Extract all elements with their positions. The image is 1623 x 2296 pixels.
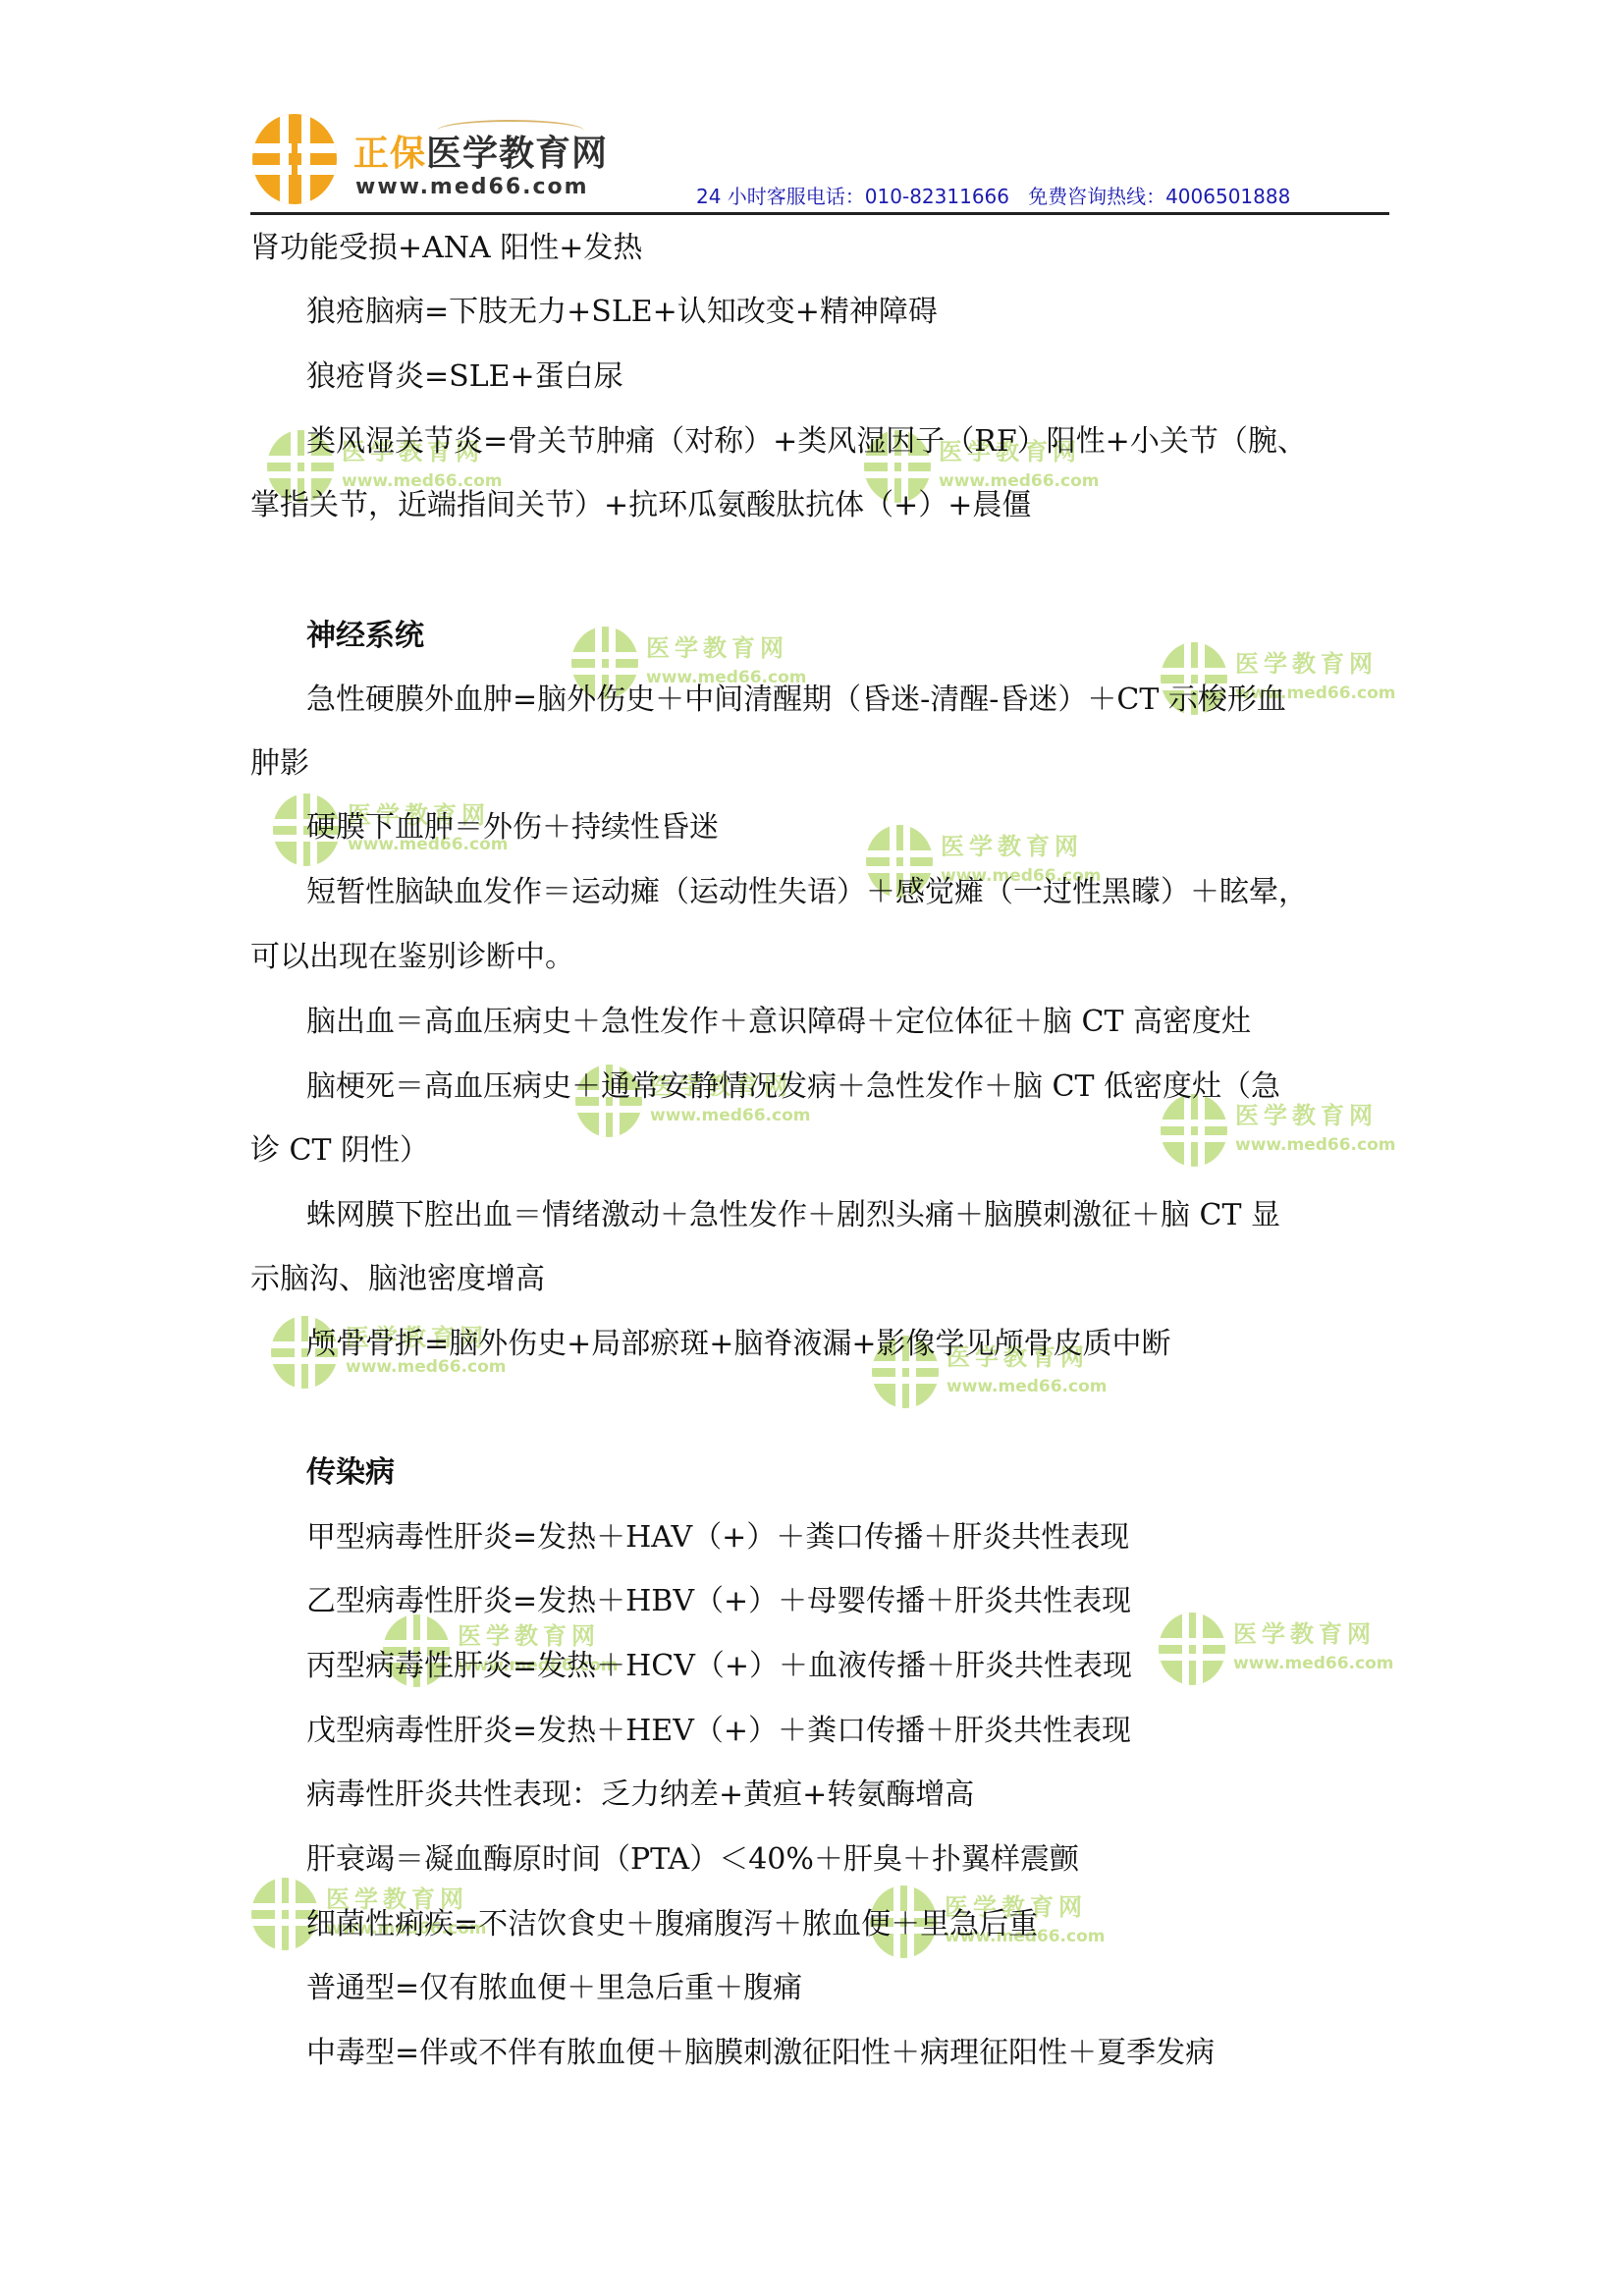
section-heading-infectious-diseases: 传染病: [306, 1454, 395, 1492]
watermark-name: 医学教育网: [646, 629, 788, 663]
document-page: 正保医学教育网 www.med66.com 24 小时客服电话：010-8231…: [0, 0, 1623, 2296]
header-divider: [250, 212, 1389, 215]
text-line: 脑出血＝高血压病史＋急性发作＋意识障碍＋定位体征＋脑 CT 高密度灶: [306, 1004, 1251, 1041]
text-line: 脑梗死＝高血压病史＋通常安静情况发病＋急性发作＋脑 CT 低密度灶（急: [306, 1068, 1280, 1106]
text-line: 病毒性肝炎共性表现：乏力纳差+黄疸+转氨酶增高: [306, 1777, 974, 1814]
watermark-name: 医学教育网: [458, 1616, 600, 1651]
text-line: 乙型病毒性肝炎=发热＋HBV（+）＋母婴传播＋肝炎共性表现: [306, 1583, 1131, 1620]
section-heading-nervous-system: 神经系统: [306, 618, 424, 655]
watermark-url: www.med66.com: [650, 1106, 810, 1125]
watermark-name: 医学教育网: [941, 827, 1083, 861]
text-line: 蛛网膜下腔出血＝情绪激动＋急性发作＋剧烈头痛＋脑膜刺激征＋脑 CT 显: [306, 1197, 1280, 1234]
med66-logo: 正保医学教育网 www.med66.com: [250, 110, 604, 208]
text-line: 颅骨骨折=脑外伤史+局部瘀斑+脑脊液漏+影像学见颅骨皮质中断: [306, 1326, 1171, 1363]
watermark-name: 医学教育网: [1235, 644, 1378, 679]
text-line: 示脑沟、脑池密度增高: [250, 1261, 545, 1298]
text-line: 类风湿关节炎=骨关节肿痛（对称）+类风湿因子（RF）阳性+小关节（腕、: [306, 423, 1307, 461]
text-line: 狼疮脑病=下肢无力+SLE+认知改变+精神障碍: [306, 294, 938, 331]
text-line: 可以出现在鉴别诊断中。: [250, 939, 574, 976]
watermark-emblem-icon: [1159, 1613, 1225, 1685]
text-line: 急性硬膜外血肿=脑外伤史＋中间清醒期（昏迷-清醒-昏迷）＋CT 示梭形血: [306, 682, 1286, 719]
watermark-url: www.med66.com: [947, 1377, 1107, 1396]
text-line: 肾功能受损+ANA 阳性+发热: [250, 230, 642, 267]
logo-brand-orange: 正保: [353, 134, 426, 174]
text-line: 中毒型=伴或不伴有脓血便＋脑膜刺激征阳性＋病理征阳性＋夏季发病: [306, 2035, 1215, 2072]
text-line: 硬膜下血肿＝外伤＋持续性昏迷: [306, 809, 719, 847]
text-line: 肝衰竭＝凝血酶原时间（PTA）＜40%＋肝臭＋扑翼样震颤: [306, 1841, 1079, 1879]
text-line: 肿影: [250, 745, 309, 783]
hotline-text: 24 小时客服电话：010-82311666 免费咨询热线：4006501888: [696, 181, 1290, 209]
watermark-name: 医学教育网: [1233, 1614, 1376, 1649]
text-line: 戊型病毒性肝炎=发热＋HEV（+）＋粪口传播＋肝炎共性表现: [306, 1713, 1131, 1750]
text-line: 细菌性痢疾=不洁饮食史＋腹痛腹泻＋脓血便＋里急后重: [306, 1906, 1038, 1943]
text-line: 普通型=仅有脓血便＋里急后重＋腹痛: [306, 1970, 802, 2007]
text-line: 丙型病毒性肝炎=发热＋HCV（+）＋血液传播＋肝炎共性表现: [306, 1648, 1132, 1685]
watermark-url: www.med66.com: [1235, 1135, 1395, 1155]
text-line: 甲型病毒性肝炎=发热＋HAV（+）＋粪口传播＋肝炎共性表现: [306, 1519, 1129, 1557]
text-line: 掌指关节，近端指间关节）+抗环瓜氨酸肽抗体（+）+晨僵: [250, 487, 1031, 524]
logo-url: www.med66.com: [355, 175, 589, 199]
logo-brand-dark: 医学教育网: [426, 134, 608, 174]
watermark-url: www.med66.com: [1233, 1654, 1393, 1673]
text-line: 狼疮肾炎=SLE+蛋白尿: [306, 358, 623, 396]
logo-brand-name: 正保医学教育网: [353, 126, 608, 176]
watermark-logo: 医学教育网 www.med66.com: [1159, 1611, 1345, 1689]
logo-emblem-icon: [252, 114, 337, 204]
text-line: 短暂性脑缺血发作＝运动瘫（运动性失语）＋感觉瘫（一过性黑矇）＋眩晕，: [306, 874, 1308, 911]
text-line: 诊 CT 阴性）: [250, 1132, 429, 1170]
